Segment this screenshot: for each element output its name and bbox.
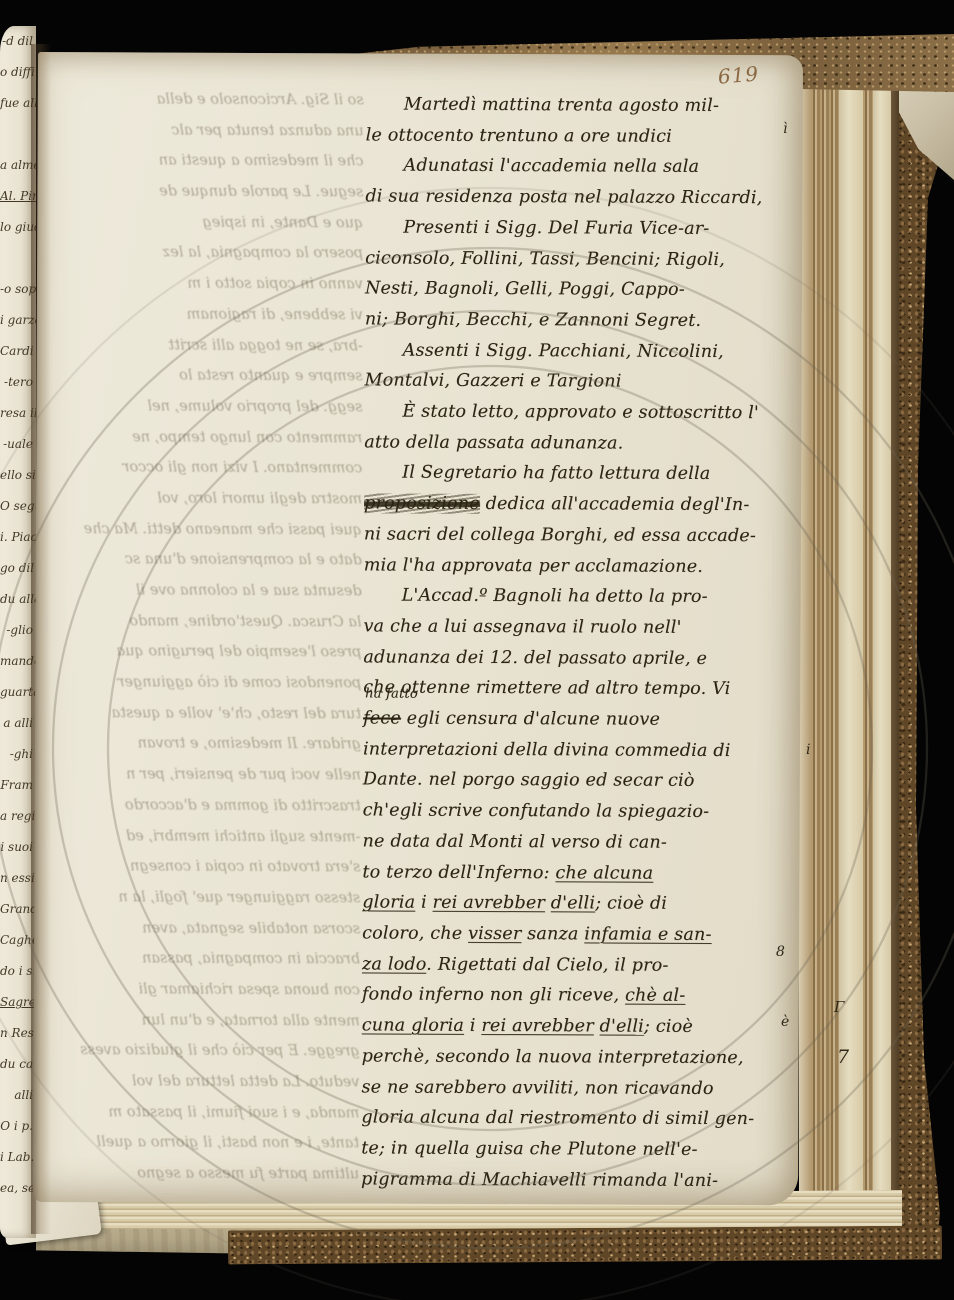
fore-edge-page-stack (799, 76, 901, 1242)
facing-page-text-fragment: ea, sed (0, 1173, 36, 1204)
text-segment: È stato letto, approvato e sottoscritto … (402, 402, 759, 424)
bleedthrough-line: dato e la comprensione d'una sc (54, 544, 362, 576)
text-segment: adunanza dei 12. del passato aprile, e (363, 647, 707, 668)
bleedthrough-line: gregge. E per ciò che il giudizio avess (52, 1035, 360, 1067)
manuscript-line: te; in quella guisa che Plutone nell'e- (361, 1133, 807, 1166)
facing-page-text-fragment: -d dil (0, 26, 36, 57)
manuscript-line: za lodo. Rigettati dal Cielo, il pro- (362, 949, 808, 982)
facing-page-text-fragment: Fram (0, 770, 36, 801)
text-segment: Assenti i Sigg. Pacchiani, Niccolini, (403, 340, 724, 361)
manuscript-line: mia l'ha approvata per acclamazione. (364, 550, 810, 583)
text-segment: rei avrebber (481, 1016, 594, 1036)
facing-page-text-fragment (0, 243, 36, 274)
bleedthrough-line: gridare. Il medesimo, e trovan (53, 729, 361, 761)
interlinear-insertion: ha fatto (365, 687, 418, 701)
manuscript-line: Il Segretario ha fatto lettura della (364, 458, 810, 491)
text-segment: Martedì mattina trenta agosto mil- (404, 95, 719, 116)
manuscript-text: Martedì mattina trenta agosto mil-le ott… (361, 89, 812, 1196)
page-edge-mark: ì (783, 121, 787, 137)
text-segment: . Rigettati dal Cielo, il pro- (426, 954, 668, 975)
text-segment: che alcuna (555, 863, 653, 883)
bleedthrough-line: posero la compagnia, la lez (55, 238, 363, 270)
text-segment: va che a lui assegnava il ruolo nell' (363, 616, 681, 637)
manuscript-line: interpretazioni della divina commedia di (363, 734, 809, 767)
manuscript-line: Nesti, Bagnoli, Gelli, Poggi, Cappo- (365, 274, 811, 307)
manuscript-line: L'Accad.º Bagnoli ha detto la pro- (364, 581, 810, 614)
facing-page-text-fragment: Al. Pinc. (0, 181, 36, 212)
bleedthrough-line: preso l'esempio del perugino qua (53, 636, 361, 668)
text-segment: infamia e san- (584, 924, 711, 945)
manuscript-line: gloria i rei avrebber d'elli; cioè di (362, 888, 808, 921)
manuscript-line: perchè, secondo la nuova interpretazione… (362, 1041, 808, 1074)
text-segment: Adunatasi l'accademia nella sala (403, 156, 699, 177)
bleedthrough-line: mostra degli umori loro, vol (54, 483, 362, 515)
text-segment: gloria alcuna dal riestromento di simil … (361, 1108, 754, 1130)
facing-page-text-fragment: ello sist (0, 460, 36, 491)
facing-page-text-fragment: lo giud (0, 212, 36, 243)
bleedthrough-line: segg. del proprio volume, nel (54, 391, 362, 423)
text-segment: atto della passata adunanza. (364, 432, 623, 453)
manuscript-line: fondo inferno non gli riceve, chè al- (362, 980, 808, 1013)
facing-page-text-fragment: n Resi (0, 1018, 36, 1049)
manuscript-line: va che a lui assegnava il ruolo nell' (363, 611, 809, 644)
bleedthrough-line: quo e Dante, in ispieg (55, 207, 363, 239)
bleedthrough-line: sempre e quanto resta lo (55, 360, 363, 392)
bleedthrough-line: commentano. I vizi non gli occor (54, 452, 362, 484)
text-segment: Presenti i Sigg. Del Furia Vice-ar- (403, 217, 709, 238)
manuscript-line: Dante. nel porgo saggio ed secar ciò (363, 765, 809, 798)
page-edge-mark: è (781, 1014, 789, 1030)
facing-page-text-fragment: O segue (0, 491, 36, 522)
manuscript-line: coloro, che visser sanza infamia e san- (362, 918, 808, 951)
bleedthrough-text: so il Sig. Arciconsolo e dellauna adunza… (51, 84, 364, 1203)
text-segment: coloro, che (362, 923, 468, 943)
facing-page-text-fragment: -glio (0, 615, 36, 646)
manuscript-line: Adunatasi l'accademia nella sala (365, 151, 811, 184)
text-segment: fece (363, 708, 401, 728)
page-edge-mark: Γ (834, 998, 844, 1016)
facing-page-text-fragment (0, 119, 36, 150)
manuscript-line: se ne sarebbero avviliti, non ricavando (361, 1072, 807, 1105)
facing-page-text-fragment: i suoi (0, 832, 36, 863)
facing-page-text-fragment: guarta (0, 677, 36, 708)
bleedthrough-line: tura del resto, ch'e' volle a questa (53, 698, 361, 730)
facing-page-text-fragment: -uale (0, 429, 36, 460)
page-edge-mark: 7 (837, 1046, 849, 1068)
text-segment: egli censura d'alcune nuove (401, 709, 660, 730)
text-segment: rei avrebber (433, 893, 546, 913)
text-segment: mia l'ha approvata per acclamazione. (364, 555, 703, 576)
page-edge-mark: i (806, 742, 810, 758)
bleedthrough-line: trascritto di gomma e d'accordo (53, 790, 361, 822)
manuscript-line: ch'egli scrive confutando la spiegazio- (363, 796, 809, 829)
text-segment: ne data dal Monti al verso di can- (363, 831, 668, 852)
facing-page-text-fragment: Grandel. (0, 894, 36, 925)
facing-page-text-fragment: -tero (0, 367, 36, 398)
bleedthrough-line: desunta sua e la colonna ove il (54, 575, 362, 607)
text-segment: di sua residenza posta nel palazzo Ricca… (365, 187, 762, 209)
bleedthrough-line: -bra, se ne togga alli scritt (55, 330, 363, 362)
text-segment: Nesti, Bagnoli, Gelli, Poggi, Cappo- (365, 279, 685, 300)
manuscript-line: Montalvi, Gazzeri e Targioni (365, 366, 811, 399)
text-segment: ch'egli scrive confutando la spiegazio- (363, 801, 710, 823)
text-segment: dedica all'accademia degl'In- (480, 494, 750, 515)
bleedthrough-line: ultima parte fu messo a segno (51, 1158, 359, 1190)
bleedthrough-line: vi sebbene, di ragionam (55, 299, 363, 331)
facing-page-text-fragment: Cardi (0, 336, 36, 367)
bleedthrough-line: segue. Le parole dunque de (55, 176, 363, 208)
text-segment: Dante. nel porgo saggio ed secar ciò (363, 770, 695, 791)
bleedthrough-line: quei passi che maneano detti. Ma che (54, 514, 362, 546)
manuscript-line: ne data dal Monti al verso di can- (362, 826, 808, 859)
text-segment: za lodo (362, 954, 426, 974)
bleedthrough-line: veduto. La detta lettura del vol (51, 1066, 359, 1098)
text-segment: visser (468, 924, 521, 944)
manuscript-line: Assenti i Sigg. Pacchiani, Niccolini, (365, 335, 811, 368)
text-segment: Montalvi, Gazzeri e Targioni (365, 371, 622, 392)
manuscript-line: to terzo dell'Inferno: che alcuna (362, 857, 808, 890)
bottom-cover-edge (228, 1226, 942, 1265)
page-edge-strip (863, 76, 873, 1242)
text-segment: proposizione (364, 494, 480, 515)
facing-page-text-fragment: du alla (0, 584, 36, 615)
text-segment: d'elli (600, 1017, 644, 1037)
bleedthrough-line: una adunza tenuta per alc (56, 115, 364, 147)
text-segment: pigramma di Machiavelli rimanda l'ani- (361, 1169, 718, 1191)
manuscript-line: Martedì mattina trenta agosto mil- (366, 89, 812, 122)
manuscript-line: cuna gloria i rei avrebber d'elli; cioè (362, 1011, 808, 1044)
bleedthrough-line: so il Sig. Arciconsolo e della (56, 84, 364, 116)
facing-page-text-fragment: a region (0, 801, 36, 832)
bleedthrough-line: nelle voci pur de pensieri, per n (53, 759, 361, 791)
text-segment: to terzo dell'Inferno: (362, 862, 555, 883)
text-segment: ; cioè di (595, 894, 667, 914)
manuscript-line: È stato letto, approvato e sottoscritto … (364, 396, 810, 429)
facing-page-text-fragment: du cal (0, 1049, 36, 1080)
folio-number: 619 (717, 61, 760, 88)
page-edge-strip (811, 76, 839, 1242)
manuscript-line: ni; Borghi, Becchi, e Zannoni Segret. (365, 304, 811, 337)
facing-page-text-fragment: resa il (0, 398, 36, 429)
text-segment: i (415, 893, 432, 913)
bleedthrough-line: s'era trovato in copia i consegn (52, 851, 360, 883)
text-segment: te; in quella guisa che Plutone nell'e- (361, 1138, 698, 1159)
facing-page-text-fragment: i garzon (0, 305, 36, 336)
text-segment: ciconsolo, Follini, Tassi, Bencini; Rigo… (365, 248, 725, 270)
facing-page-text-fragment: Cagherin (0, 925, 36, 956)
bleedthrough-line: ponendosi come di ciò aggiunger (53, 667, 361, 699)
facing-page-text-fragment: fue alli (0, 88, 36, 119)
facing-page-text-fragment: -ghi (0, 739, 36, 770)
text-segment: gloria (362, 893, 415, 913)
manuscript-line: che ottenne rimettere ad altro tempo. Vi (363, 673, 809, 706)
bleedthrough-line: con buona spesa richiamar gli (52, 974, 360, 1006)
page-edge-strip (873, 80, 891, 1246)
text-segment: i (464, 1016, 481, 1036)
text-segment: d'elli (551, 894, 595, 914)
facing-page-text-fragment: a alli (0, 708, 36, 739)
manuscript-line: gloria alcuna dal riestromento di simil … (361, 1103, 807, 1136)
facing-page-text-fragment: alli (0, 1080, 36, 1111)
facing-page-text-fragment: n essi (0, 863, 36, 894)
bleedthrough-line: vanno in copia sotto i m (55, 268, 363, 300)
manuscript-line: ha fattofece egli censura d'alcune nuove (363, 703, 809, 736)
manuscript-photo: -d dilo diffifue allia almeAl. Pinc.lo g… (0, 0, 954, 1300)
bleedthrough-line: stesso raggiunger que' fogli, la n (52, 882, 360, 914)
manuscript-line: Presenti i Sigg. Del Furia Vice-ar- (365, 212, 811, 245)
text-segment: se ne sarebbero avviliti, non ricavando (361, 1077, 713, 1099)
facing-page-text-fragment: i. Piace (0, 522, 36, 553)
manuscript-line: ciconsolo, Follini, Tassi, Bencini; Rigo… (365, 243, 811, 276)
manuscript-line: atto della passata adunanza. (364, 427, 810, 460)
bleedthrough-line: -mente sugli antichi membri, ed (53, 821, 361, 853)
text-segment: ni; Borghi, Becchi, e Zannoni Segret. (365, 309, 701, 330)
manuscript-line: di sua residenza posta nel palazzo Ricca… (365, 182, 811, 215)
page-edge-strip (891, 76, 899, 1242)
text-segment: ni sacri del collega Borghi, ed essa acc… (364, 524, 756, 546)
facing-page-sliver: -d dilo diffifue allia almeAl. Pinc.lo g… (0, 26, 36, 1238)
facing-page-text-fragment: i Lab. (0, 1142, 36, 1173)
facing-page-text-fragment: Sagreti (0, 987, 36, 1018)
text-segment: fondo inferno non gli riceve, (362, 985, 625, 1006)
bleedthrough-line: scorsa notabile segnata, aven (52, 913, 360, 945)
bleedthrough-line: la Crusca. Quest'ordine, mando (53, 606, 361, 638)
text-segment: perchè, secondo la nuova interpretazione… (362, 1046, 744, 1068)
manuscript-line: ni sacri del collega Borghi, ed essa acc… (364, 519, 810, 552)
manuscript-line: proposizione dedica all'accademia degl'I… (364, 489, 810, 522)
bleedthrough-line: braccia in compagnia, passan (52, 943, 360, 975)
facing-page-text-fragment: O i p. (0, 1111, 36, 1142)
manuscript-line: pigramma di Machiavelli rimanda l'ani- (361, 1164, 807, 1197)
text-segment: interpretazioni della divina commedia di (363, 739, 731, 761)
bleedthrough-line: manda, e i suoi fiumi, il passato m (51, 1097, 359, 1129)
manuscript-page: 619 so il Sig. Arciconsolo e dellauna ad… (33, 52, 803, 1205)
facing-page-text-fragment: a alme (0, 150, 36, 181)
text-segment: ; cioè (644, 1017, 693, 1037)
bleedthrough-line: mente alla tornata, e d'un lun (52, 1005, 360, 1037)
text-segment: L'Accad.º Bagnoli ha detto la pro- (402, 586, 708, 607)
text-segment: chè al- (625, 986, 685, 1006)
facing-page-text-fragment: mandos (0, 646, 36, 677)
text-segment: Il Segretario ha fatto lettura della (402, 463, 710, 484)
manuscript-line: le ottocento trentuno a ore undici (366, 120, 812, 153)
text-segment: sanza (521, 924, 584, 944)
bleedthrough-line: rammento con lungo tempo, ne (54, 422, 362, 454)
page-edge-mark: 8 (776, 944, 785, 960)
bleedthrough-line: tante, i e non basti, il giorno a quell (51, 1127, 359, 1159)
facing-page-text-fragment: go dil (0, 553, 36, 584)
text-segment: le ottocento trentuno a ore undici (366, 125, 672, 146)
facing-page-text-fragment: o diffi (0, 57, 36, 88)
facing-page-text-fragment: do i s. (0, 956, 36, 987)
facing-page-text-fragment: -o sopra (0, 274, 36, 305)
text-segment: cuna gloria (362, 1016, 464, 1036)
text-segment: che ottenne rimettere ad altro tempo. Vi (363, 678, 730, 700)
facing-page-fragments: -d dilo diffifue allia almeAl. Pinc.lo g… (0, 26, 36, 1204)
manuscript-line: adunanza dei 12. del passato aprile, e (363, 642, 809, 675)
bleedthrough-line: che il medesimo a questi an (55, 145, 363, 177)
